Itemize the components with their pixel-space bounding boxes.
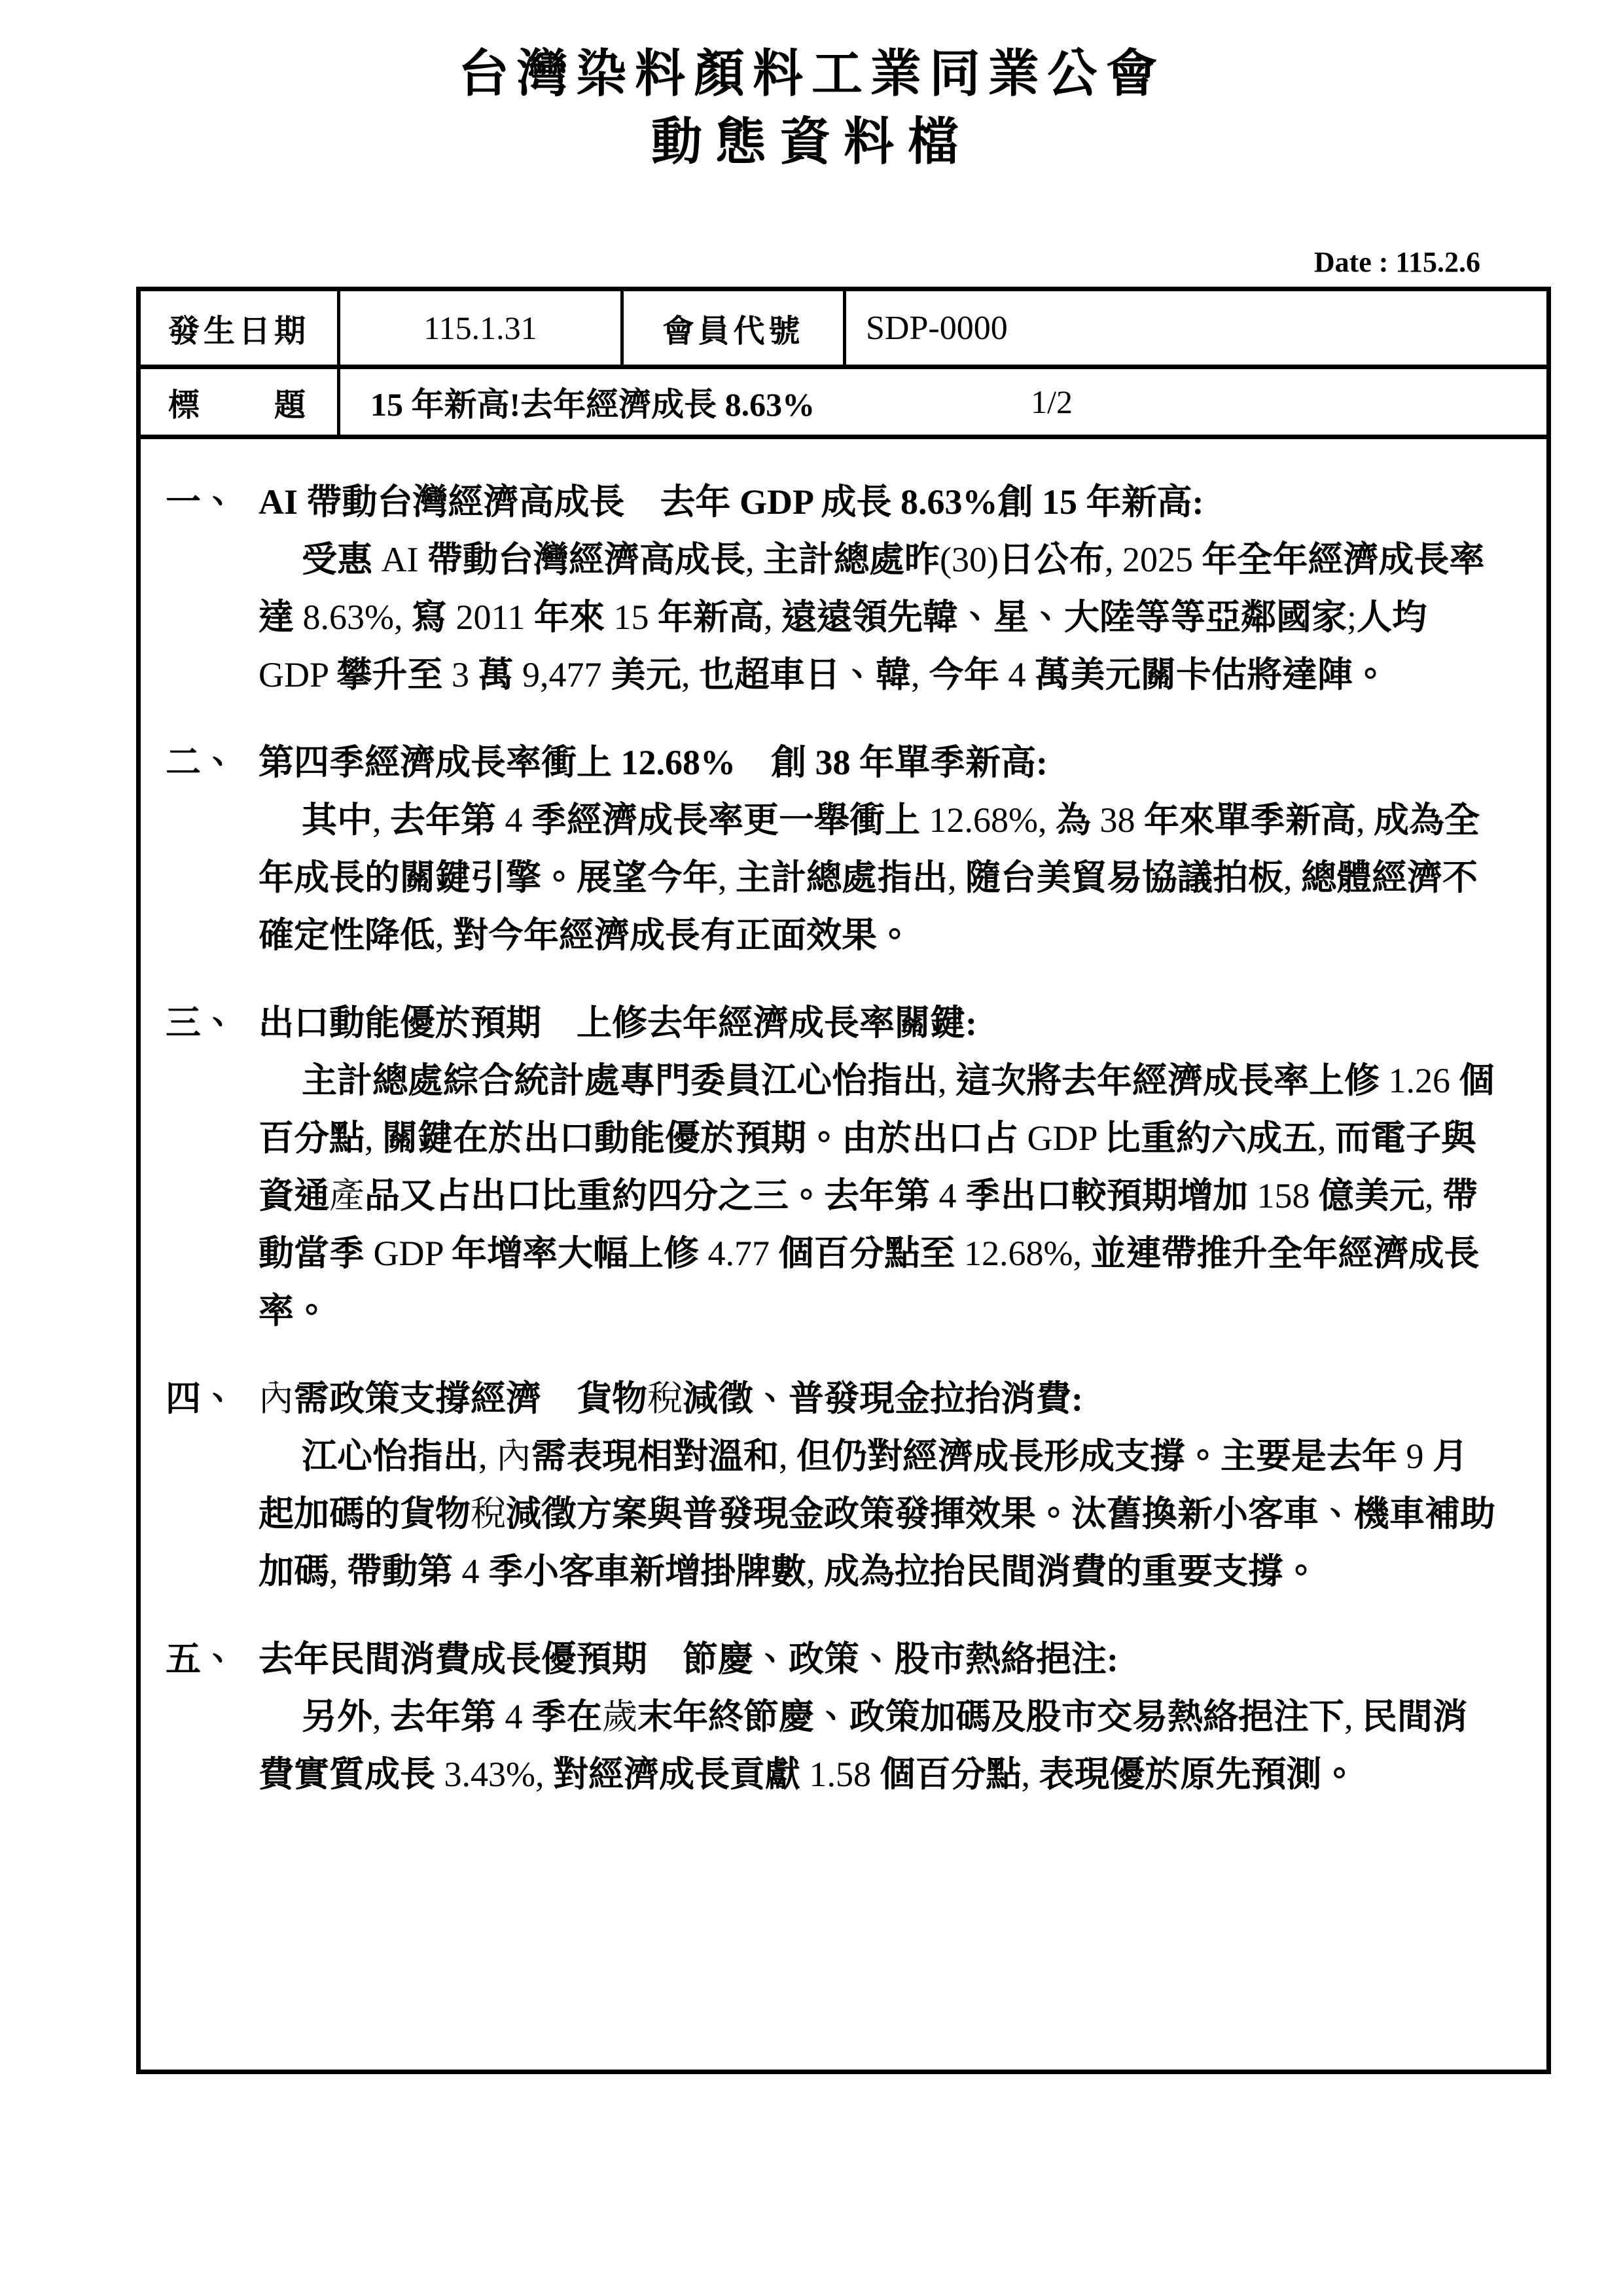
subject-value: 15 年新高!去年經濟成長 8.63% <box>370 378 815 425</box>
section-number: 一、 <box>166 473 259 531</box>
sections: 一、AI 帶動台灣經濟高成長 去年 GDP 成長 8.63%創 15 年新高:受… <box>166 473 1501 1803</box>
subject-label: 標 題 <box>141 369 340 435</box>
page-indicator: 1/2 <box>1031 383 1073 421</box>
section-title: 內需政策支撐經濟 貨物稅減徵、普發現金拉抬消費: <box>259 1379 1083 1418</box>
subject-cell: 15 年新高!去年經濟成長 8.63% 1/2 <box>340 369 1546 435</box>
section-number: 二、 <box>166 734 259 791</box>
section-paragraph: 受惠 AI 帶動台灣經濟高成長, 主計總處昨(30)日公布, 2025 年全年經… <box>259 531 1501 704</box>
info-table: 發生日期 115.1.31 會員代號 SDP-0000 標 題 15 年新高!去… <box>136 287 1551 439</box>
page-title: 台灣染料顏料工業同業公會 <box>0 42 1623 106</box>
section-heading: 五、去年民間消費成長優預期 節慶、政策、股市熱絡挹注: <box>166 1630 1501 1688</box>
section-1: 一、AI 帶動台灣經濟高成長 去年 GDP 成長 8.63%創 15 年新高:受… <box>166 473 1501 704</box>
section-number: 五、 <box>166 1630 259 1688</box>
section-paragraph: 江心怡指出, 內需表現相對溫和, 但仍對經濟成長形成支撐。主要是去年 9 月起加… <box>259 1427 1501 1600</box>
document-content: Date : 115.2.6 發生日期 115.1.31 會員代號 SDP-00… <box>136 245 1551 2074</box>
body-box: 一、AI 帶動台灣經濟高成長 去年 GDP 成長 8.63%創 15 年新高:受… <box>136 439 1551 2074</box>
section-title: 去年民間消費成長優預期 節慶、政策、股市熱絡挹注: <box>259 1640 1118 1679</box>
date-line: Date : 115.2.6 <box>136 245 1551 279</box>
occurrence-date-value: 115.1.31 <box>340 291 624 365</box>
section-title: 第四季經濟成長率衝上 12.68% 創 38 年單季新高: <box>259 743 1048 782</box>
section-title: AI 帶動台灣經濟高成長 去年 GDP 成長 8.63%創 15 年新高: <box>259 482 1204 522</box>
section-heading: 四、內需政策支撐經濟 貨物稅減徵、普發現金拉抬消費: <box>166 1370 1501 1427</box>
info-table-row-2: 標 題 15 年新高!去年經濟成長 8.63% 1/2 <box>141 369 1546 439</box>
section-number: 三、 <box>166 994 259 1052</box>
section-paragraph: 其中, 去年第 4 季經濟成長率更一舉衝上 12.68%, 為 38 年來單季新… <box>259 791 1501 964</box>
member-code-value: SDP-0000 <box>846 291 1546 365</box>
section-5: 五、去年民間消費成長優預期 節慶、政策、股市熱絡挹注:另外, 去年第 4 季在歲… <box>166 1630 1501 1803</box>
occurrence-date-label: 發生日期 <box>141 291 340 365</box>
section-heading: 三、出口動能優於預期 上修去年經濟成長率關鍵: <box>166 994 1501 1052</box>
section-3: 三、出口動能優於預期 上修去年經濟成長率關鍵:主計總處綜合統計處專門委員江心怡指… <box>166 994 1501 1340</box>
section-number: 四、 <box>166 1370 259 1427</box>
section-4: 四、內需政策支撐經濟 貨物稅減徵、普發現金拉抬消費:江心怡指出, 內需表現相對溫… <box>166 1370 1501 1600</box>
document-page: 台灣染料顏料工業同業公會 動態資料檔 Date : 115.2.6 發生日期 1… <box>0 0 1623 2296</box>
section-paragraph: 另外, 去年第 4 季在歲末年終節慶、政策加碼及股市交易熱絡挹注下, 民間消費實… <box>259 1688 1501 1803</box>
section-paragraph: 主計總處綜合統計處專門委員江心怡指出, 這次將去年經濟成長率上修 1.26 個百… <box>259 1052 1501 1340</box>
section-heading: 二、第四季經濟成長率衝上 12.68% 創 38 年單季新高: <box>166 734 1501 791</box>
info-table-row-1: 發生日期 115.1.31 會員代號 SDP-0000 <box>141 291 1546 369</box>
section-2: 二、第四季經濟成長率衝上 12.68% 創 38 年單季新高:其中, 去年第 4… <box>166 734 1501 964</box>
page-subtitle: 動態資料檔 <box>0 111 1623 173</box>
section-heading: 一、AI 帶動台灣經濟高成長 去年 GDP 成長 8.63%創 15 年新高: <box>166 473 1501 531</box>
section-title: 出口動能優於預期 上修去年經濟成長率關鍵: <box>259 1003 977 1043</box>
member-code-label: 會員代號 <box>624 291 846 365</box>
